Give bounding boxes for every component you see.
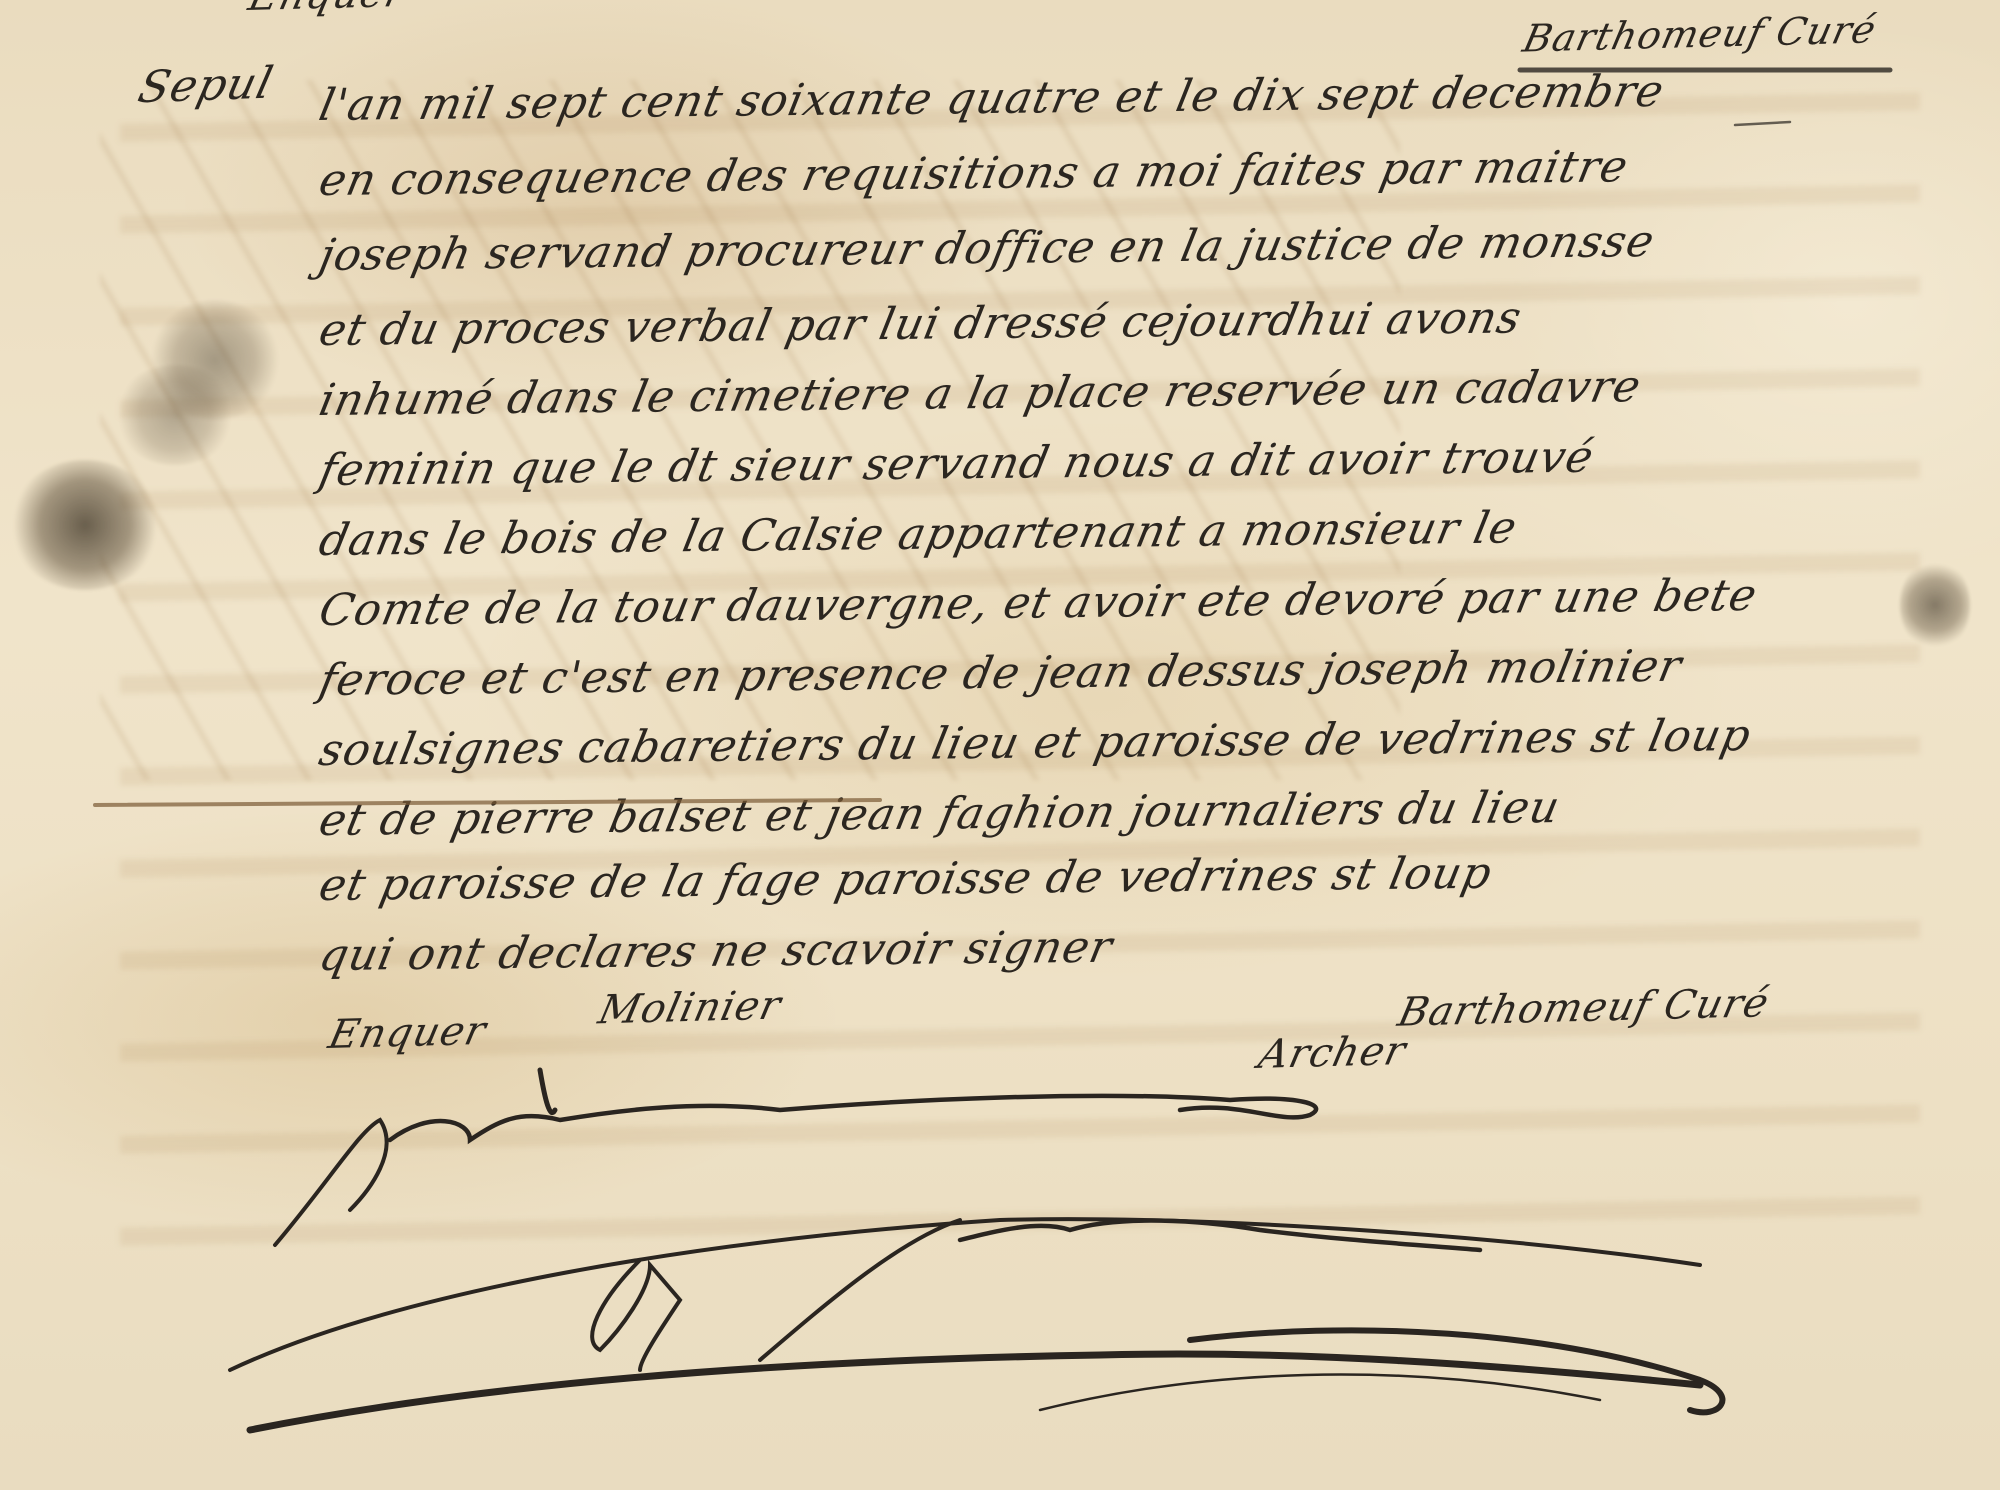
paraph-flourishes	[0, 0, 2000, 1490]
document-scan: Enquer Barthomeuf Curé Sepul l'an mil se…	[0, 0, 2000, 1490]
